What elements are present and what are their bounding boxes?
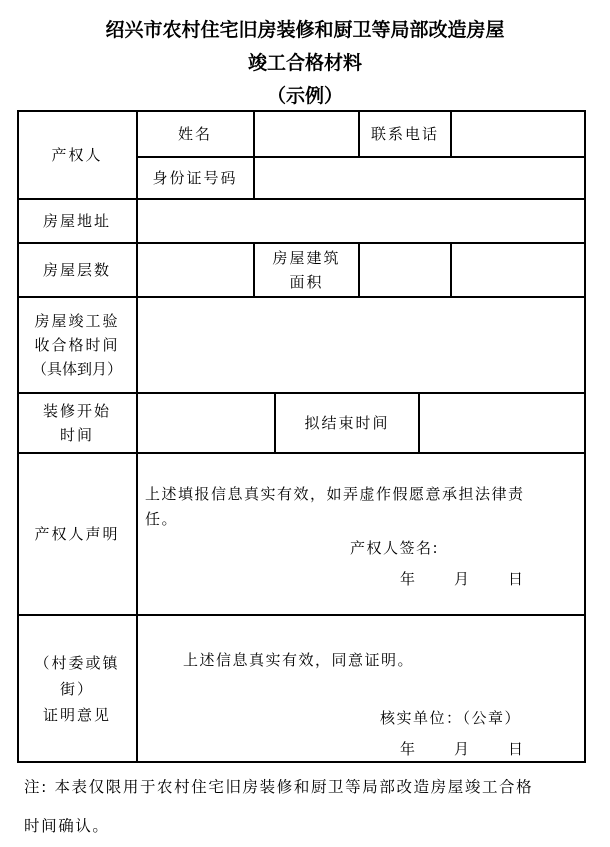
renovation-start-label-line2: 时间	[60, 423, 94, 447]
verifier-seal-label: 核实单位：（公章）	[380, 707, 521, 728]
declaration-date: 年 月 日	[400, 568, 526, 589]
acceptance-time-label: 房屋竣工验 收合格时间 （具体到月）	[18, 298, 136, 392]
certification-text: 上述信息真实有效，同意证明。	[183, 649, 414, 670]
building-area-extra-input[interactable]	[452, 244, 584, 296]
id-number-label: 身份证号码	[137, 158, 253, 198]
acceptance-time-label-line1: 房屋竣工验	[34, 309, 119, 333]
name-label: 姓名	[137, 111, 253, 156]
acceptance-time-label-line3: （具体到月）	[32, 357, 122, 381]
floors-label: 房屋层数	[18, 244, 136, 296]
certification-date: 年 月 日	[400, 738, 526, 759]
name-input[interactable]	[255, 111, 358, 156]
certification-label-line3: 证明意见	[43, 702, 111, 728]
table-border-right	[584, 110, 586, 763]
document-example-tag: （示例）	[0, 81, 610, 108]
renovation-end-input[interactable]	[420, 394, 584, 452]
renovation-start-label-line1: 装修开始	[43, 399, 111, 423]
certification-label-line2: 街）	[60, 676, 94, 702]
document-subtitle: 竣工合格材料	[0, 48, 610, 75]
certification-label-line1: （村委或镇	[34, 650, 119, 676]
certification-label: （村委或镇 街） 证明意见	[18, 616, 136, 761]
declaration-label: 产权人声明	[18, 454, 136, 614]
building-area-label: 房屋建筑 面积	[255, 244, 358, 296]
renovation-start-label: 装修开始 时间	[18, 394, 136, 452]
id-number-input[interactable]	[255, 158, 584, 198]
building-area-label-line2: 面积	[289, 270, 323, 294]
document-title: 绍兴市农村住宅旧房装修和厨卫等局部改造房屋	[0, 15, 610, 42]
floors-input[interactable]	[138, 244, 253, 296]
declaration-text-line1: 上述填报信息真实有效，如弄虚作假愿意承担法律责	[145, 483, 525, 504]
acceptance-time-input[interactable]	[138, 298, 584, 392]
owner-label: 产权人	[18, 111, 136, 198]
phone-input[interactable]	[452, 111, 584, 156]
acceptance-time-label-line2: 收合格时间	[34, 333, 119, 357]
footer-note-line2: 时间确认。	[24, 814, 110, 836]
renovation-end-label: 拟结束时间	[276, 394, 418, 452]
address-input[interactable]	[138, 200, 584, 242]
footer-note-line1: 注: 本表仅限用于农村住宅旧房装修和厨卫等局部改造房屋竣工合格	[24, 775, 533, 797]
building-area-input[interactable]	[360, 244, 450, 296]
renovation-start-input[interactable]	[138, 394, 274, 452]
table-border-bottom	[17, 761, 586, 763]
building-area-label-line1: 房屋建筑	[272, 246, 340, 270]
phone-label: 联系电话	[360, 111, 450, 156]
declaration-text-line2: 任。	[145, 508, 178, 529]
owner-signature-label: 产权人签名:	[350, 537, 439, 558]
address-label: 房屋地址	[18, 200, 136, 242]
